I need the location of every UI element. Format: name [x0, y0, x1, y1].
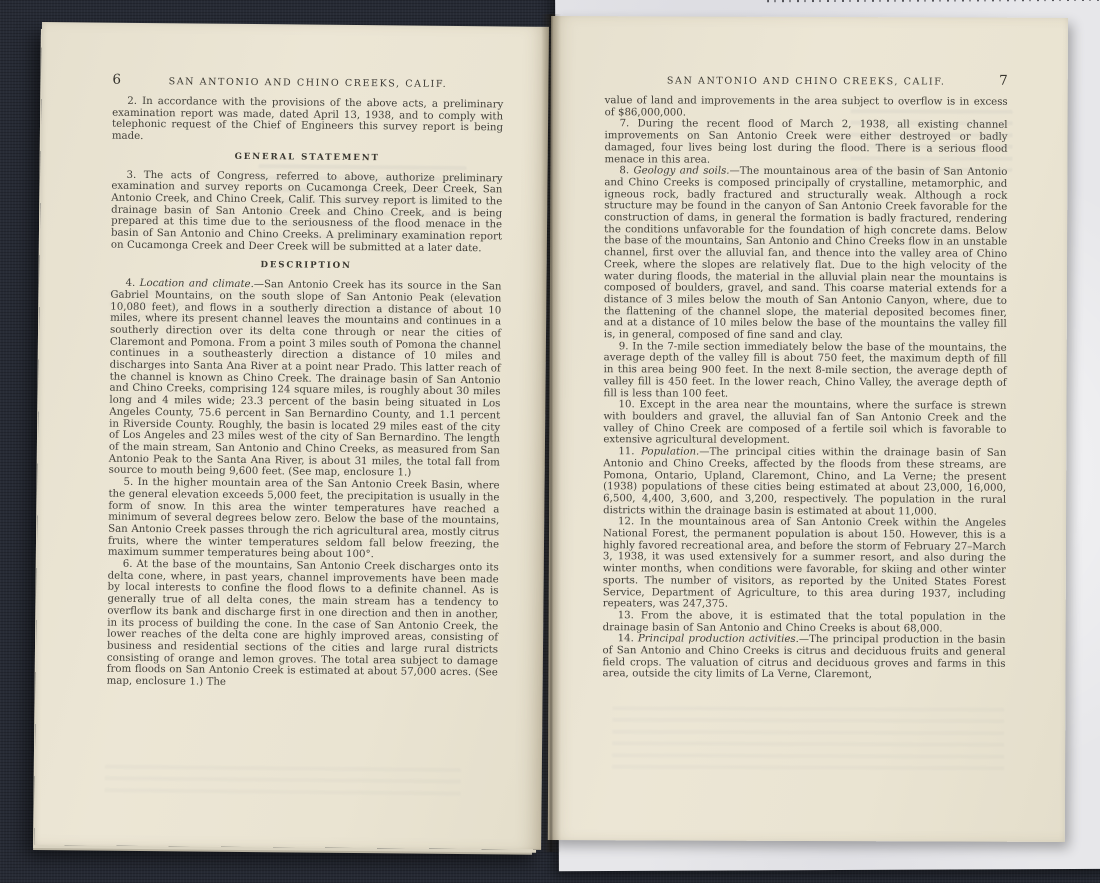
scanned-report-spread: { "background": { "color": "#272b35" }, … [0, 0, 1100, 883]
paragraph-italic-lead: Location and climate. [140, 278, 254, 290]
cut-off-text-fragment [767, 0, 1099, 2]
paragraph: 4. Location and climate.—San Antonio Cre… [109, 278, 502, 481]
paragraph-italic-lead: Geology and soils. [633, 166, 729, 177]
page-6-header: 6 SAN ANTONIO AND CHINO CREEKS, CALIF. [112, 72, 503, 96]
paragraph: value of land and improvements in the ar… [605, 95, 1008, 120]
paragraph: 12. In the mountainous area of San Anton… [603, 517, 1006, 612]
page-7-inner: SAN ANTONIO AND CHINO CREEKS, CALIF. 7 v… [548, 16, 1068, 842]
running-title: SAN ANTONIO AND CHINO CREEKS, CALIF. [112, 72, 503, 91]
paragraph-italic-lead: Principal production activities. [638, 634, 799, 646]
section-heading: DESCRIPTION [111, 259, 502, 274]
page-7-header: SAN ANTONIO AND CHINO CREEKS, CALIF. 7 [605, 71, 1008, 93]
page-number: 6 [112, 72, 121, 88]
paragraph: 5. In the higher mountain area of the Sa… [108, 477, 500, 563]
paragraph: 13. From the above, it is estimated that… [603, 610, 1006, 635]
page-number: 7 [999, 73, 1008, 89]
page-6: 6 SAN ANTONIO AND CHINO CREEKS, CALIF. 2… [34, 22, 549, 850]
page-7: SAN ANTONIO AND CHINO CREEKS, CALIF. 7 v… [548, 16, 1068, 842]
paragraph: 10. Except in the area near the mountain… [603, 399, 1006, 447]
paragraph: 6. At the base of the mountains, San Ant… [107, 559, 499, 691]
paragraph-italic-lead: Population. [641, 446, 699, 457]
section-heading: GENERAL STATEMENT [112, 150, 503, 165]
showthrough-ghost-text [105, 765, 461, 798]
paragraph: 7. During the recent flood of March 2, 1… [604, 119, 1007, 167]
showthrough-ghost-text [612, 706, 1004, 778]
paragraph: 3. The acts of Congress, referred to abo… [111, 169, 503, 255]
page-7-body: value of land and improvements in the ar… [602, 95, 1007, 682]
paragraph: 8. Geology and soils.—The mountainous ar… [604, 165, 1008, 342]
page-6-body: 2. In accordance with the provisions of … [107, 96, 504, 691]
page-6-inner: 6 SAN ANTONIO AND CHINO CREEKS, CALIF. 2… [34, 22, 549, 850]
paragraph: 2. In accordance with the provisions of … [112, 96, 503, 147]
paragraph: 9. In the 7-mile section immediately bel… [604, 341, 1007, 401]
paragraph: 11. Population.—The principal cities wit… [603, 446, 1006, 518]
paragraph: 14. Principal production activities.—The… [602, 634, 1005, 682]
running-title: SAN ANTONIO AND CHINO CREEKS, CALIF. [605, 71, 1008, 88]
